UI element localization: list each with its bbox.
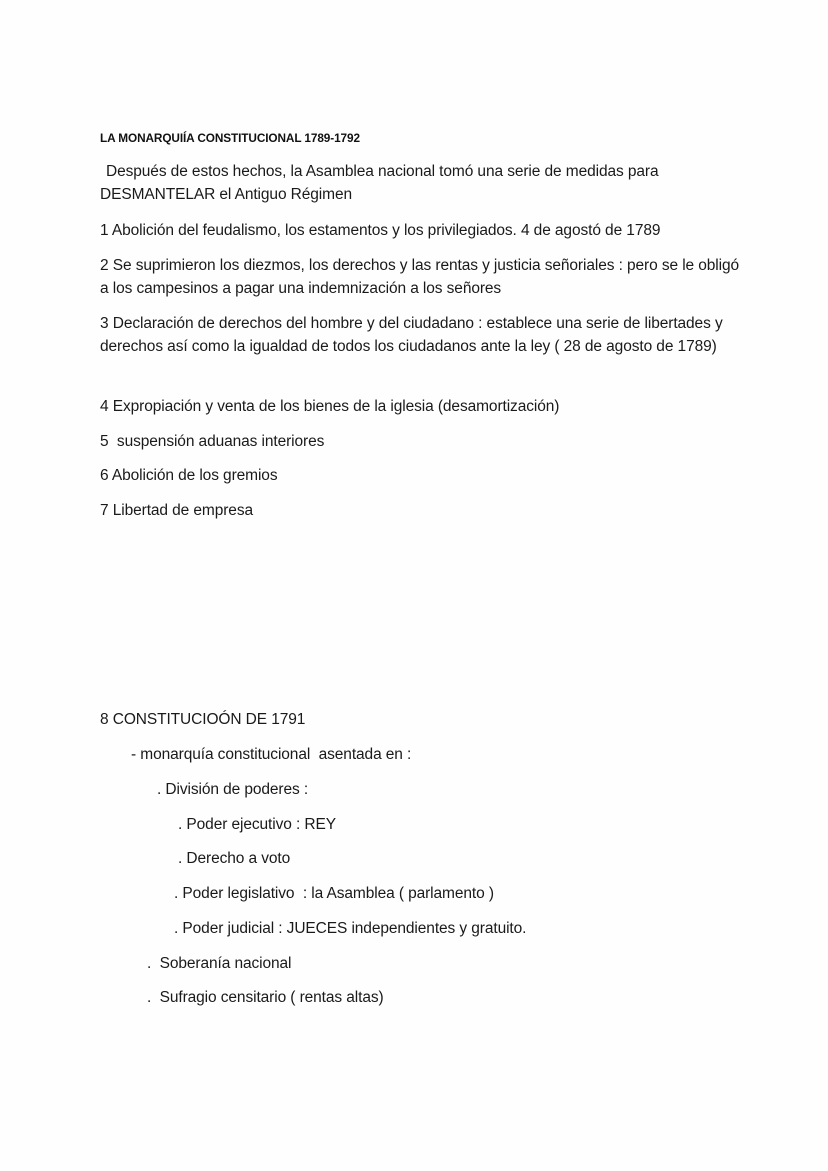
intro-paragraph: Después de estos hechos, la Asamblea nac… <box>100 160 740 206</box>
constitution-heading: 8 CONSTITUCIOÓN DE 1791 <box>100 708 305 731</box>
measure-6: 6 Abolición de los gremios <box>100 464 277 487</box>
constitution-monarchy: - monarquía constitucional asentada en : <box>131 743 411 766</box>
measure-2: 2 Se suprimieron los diezmos, los derech… <box>100 254 740 300</box>
document-page: LA MONARQUIÍA CONSTITUCIONAL 1789-1792 D… <box>0 0 828 1171</box>
power-vote: . Derecho a voto <box>178 847 290 870</box>
constitution-division: . División de poderes : <box>157 778 308 801</box>
document-title: LA MONARQUIÍA CONSTITUCIONAL 1789-1792 <box>100 131 360 145</box>
principle-sovereignty: . Soberanía nacional <box>147 952 291 975</box>
measure-3: 3 Declaración de derechos del hombre y d… <box>100 312 740 358</box>
measure-7: 7 Libertad de empresa <box>100 499 253 522</box>
power-executive: . Poder ejecutivo : REY <box>178 813 336 836</box>
principle-suffrage: . Sufragio censitario ( rentas altas) <box>147 986 384 1009</box>
power-legislative: . Poder legislativo : la Asamblea ( parl… <box>174 882 494 905</box>
measure-4: 4 Expropiación y venta de los bienes de … <box>100 395 559 418</box>
power-judicial: . Poder judicial : JUECES independientes… <box>174 917 526 940</box>
measure-5: 5 suspensión aduanas interiores <box>100 430 324 453</box>
measure-1: 1 Abolición del feudalismo, los estament… <box>100 219 660 242</box>
